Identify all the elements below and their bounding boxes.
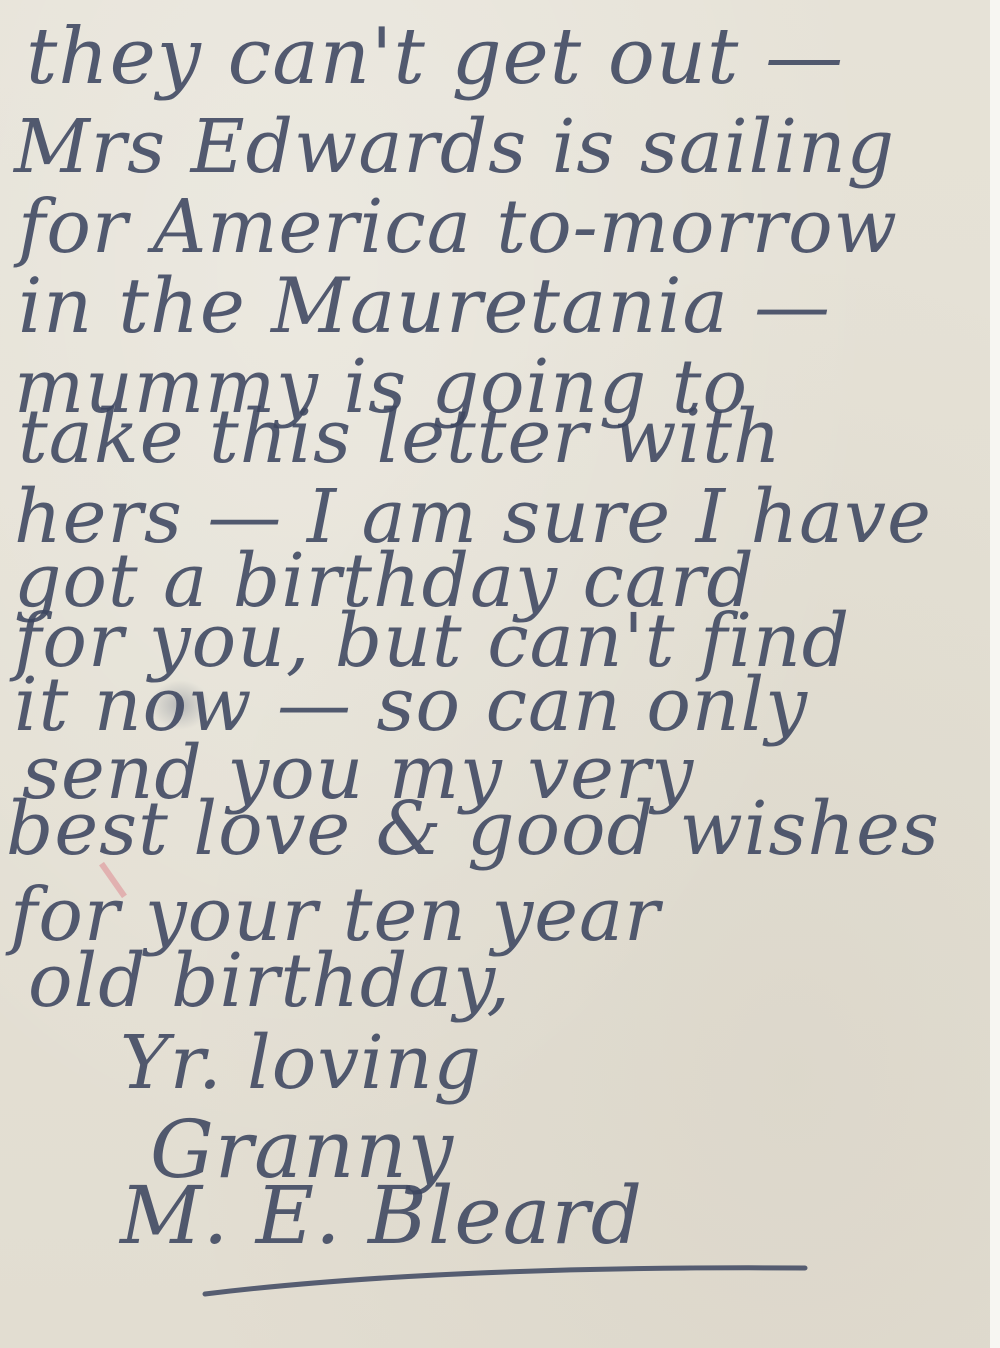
letter-page: they can't get out — Mrs Edwards is sail… bbox=[0, 0, 1000, 1348]
letter-body: they can't get out — Mrs Edwards is sail… bbox=[0, 0, 1000, 1348]
letter-line: in the Mauretania — bbox=[18, 268, 831, 344]
letter-line: take this letter with bbox=[18, 400, 782, 474]
signature: M. E. Bleard bbox=[120, 1176, 643, 1256]
letter-line: old birthday, bbox=[28, 944, 511, 1018]
letter-line: Mrs Edwards is sailing bbox=[14, 110, 895, 184]
letter-closing: Yr. loving bbox=[120, 1026, 482, 1100]
letter-line: best love & good wishes bbox=[6, 792, 940, 866]
letter-line: for America to-morrow bbox=[18, 190, 898, 264]
letter-line: they can't get out — bbox=[26, 18, 844, 96]
signature-underline bbox=[200, 1262, 810, 1302]
